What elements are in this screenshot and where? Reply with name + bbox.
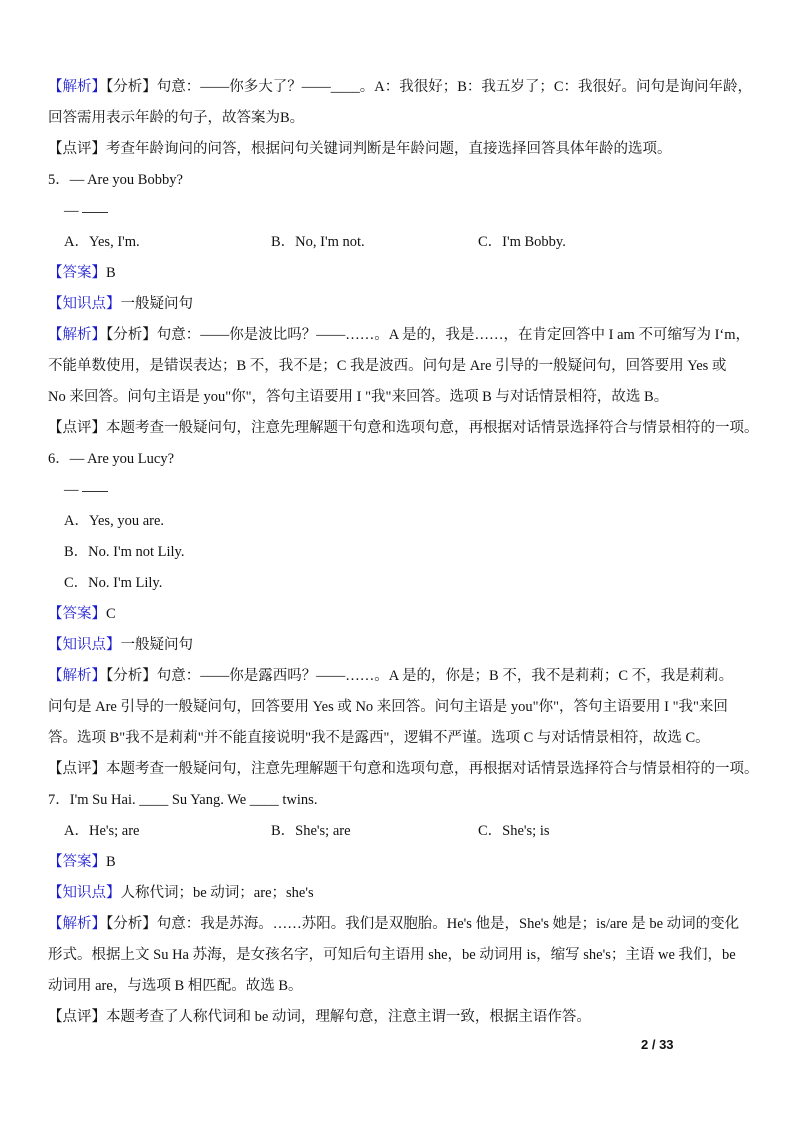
q5-question-text: — Are you Bobby? [70,172,183,188]
q5-question: 5．— Are you Bobby? [48,165,748,196]
analysis-label: 【解析】 [48,916,106,932]
comment-label: 【点评】 [48,420,106,436]
answer-blank [82,490,108,492]
q5-option-c: C．I'm Bobby. [478,227,685,258]
analysis-sub-label: 【分析】 [106,327,157,343]
answer-label: 【答案】 [48,265,106,281]
q7-question-text: I'm Su Hai. ____ Su Yang. We ____ twins. [70,792,318,808]
q5-option-a: A．Yes, I'm. [64,227,271,258]
q7-number: 7． [48,792,70,808]
q5-knowledge-value: 一般疑问句 [121,296,194,312]
analysis-sub-label: 【分析】 [106,668,157,684]
q7-knowledge: 【知识点】人称代词；be 动词；are；she's [48,878,748,909]
q5-reply-line: — [48,196,748,227]
analysis-sub-label: 【分析】 [106,79,157,95]
q6-question: 6．— Are you Lucy? [48,444,748,475]
analysis-label: 【解析】 [48,668,106,684]
comment-label: 【点评】 [48,141,106,157]
q6-analysis-line: 问句是 Are 引导的一般疑问句，回答要用 Yes 或 No 来回答。问句主语是… [48,692,748,723]
q6-knowledge: 【知识点】一般疑问句 [48,630,748,661]
analysis-label: 【解析】 [48,79,106,95]
q6-reply-line: — [48,475,748,506]
q7-analysis-text: 句意：我是苏海。……苏阳。我们是双胞胎。He's 他是，She's 她是；is/… [157,916,739,932]
document-page: 【解析】【分析】句意：——你多大了？——____。A：我很好；B：我五岁了；C：… [48,72,748,1033]
q7-comment: 【点评】本题考查了人称代词和 be 动词，理解句意，注意主谓一致，根据主语作答。 [48,1002,748,1033]
q6-answer-value: C [106,606,116,622]
q4-analysis-line: 回答需用表示年龄的句子，故答案为B。 [48,103,748,134]
q5-analysis-line: 不能单数使用，是错误表达；B 不，我不是；C 我是波西。问句是 Are 引导的一… [48,351,748,382]
q5-answer: 【答案】B [48,258,748,289]
knowledge-label: 【知识点】 [48,637,121,653]
q7-comment-text: 本题考查了人称代词和 be 动词，理解句意，注意主谓一致，根据主语作答。 [106,1009,591,1025]
q6-answer: 【答案】C [48,599,748,630]
answer-label: 【答案】 [48,854,106,870]
q7-question: 7．I'm Su Hai. ____ Su Yang. We ____ twin… [48,785,748,816]
q7-answer-value: B [106,854,116,870]
q5-answer-value: B [106,265,116,281]
q6-analysis-line: 【解析】【分析】句意：——你是露西吗？——……。A 是的，你是；B 不，我不是莉… [48,661,748,692]
page-indicator: 2 / 33 [641,1037,674,1052]
q5-number: 5． [48,172,70,188]
q7-analysis-line: 形式。根据上文 Su Ha 苏海，是女孩名字，可知后句主语用 she，be 动词… [48,940,748,971]
q7-options: A．He's; are B．She's; are C．She's; is [48,816,748,847]
q4-comment-text: 考查年龄询问的问答，根据问句关键词判断是年龄问题，直接选择回答具体年龄的选项。 [106,141,672,157]
answer-label: 【答案】 [48,606,106,622]
q6-reply-dash: — [64,482,79,498]
q7-option-b: B．She's; are [271,816,478,847]
q6-comment-text: 本题考查一般疑问句，注意先理解题干句意和选项句意，再根据对话情景选择符合与情景相… [106,761,759,777]
q6-number: 6． [48,451,70,467]
q5-knowledge: 【知识点】一般疑问句 [48,289,748,320]
q7-analysis-line: 动词用 are，与选项 B 相匹配。故选 B。 [48,971,748,1002]
q5-options: A．Yes, I'm. B．No, I'm not. C．I'm Bobby. [48,227,748,258]
q7-knowledge-value: 人称代词；be 动词；are；she's [121,885,314,901]
q6-analysis-line: 答。选项 B"我不是莉莉"并不能直接说明"我不是露西"，逻辑不严谨。选项 C 与… [48,723,748,754]
analysis-sub-label: 【分析】 [106,916,157,932]
q6-option-c: C．No. I'm Lily. [48,568,748,599]
q6-option-a: A．Yes, you are. [48,506,748,537]
q5-comment: 【点评】本题考查一般疑问句，注意先理解题干句意和选项句意，再根据对话情景选择符合… [48,413,748,444]
q5-analysis-line: 【解析】【分析】句意：——你是波比吗？——……。A 是的，我是……，在肯定回答中… [48,320,748,351]
q5-analysis-line: No 来回答。问句主语是 you"你"，答句主语要用 I "我"来回答。选项 B… [48,382,748,413]
q7-answer: 【答案】B [48,847,748,878]
q6-question-text: — Are you Lucy? [70,451,174,467]
q5-analysis-text: 句意：——你是波比吗？——……。A 是的，我是……，在肯定回答中 I am 不可… [157,327,750,343]
answer-blank [82,211,108,213]
knowledge-label: 【知识点】 [48,296,121,312]
q5-comment-text: 本题考查一般疑问句，注意先理解题干句意和选项句意，再根据对话情景选择符合与情景相… [106,420,759,436]
q6-comment: 【点评】本题考查一般疑问句，注意先理解题干句意和选项句意，再根据对话情景选择符合… [48,754,748,785]
q7-option-c: C．She's; is [478,816,685,847]
q4-analysis-text: 句意：——你多大了？——____。A：我很好；B：我五岁了；C：我很好。问句是询… [157,79,752,95]
knowledge-label: 【知识点】 [48,885,121,901]
comment-label: 【点评】 [48,761,106,777]
q6-option-b: B．No. I'm not Lily. [48,537,748,568]
q4-analysis-line: 【解析】【分析】句意：——你多大了？——____。A：我很好；B：我五岁了；C：… [48,72,748,103]
q6-analysis-text: 句意：——你是露西吗？——……。A 是的，你是；B 不，我不是莉莉；C 不，我是… [157,668,733,684]
q5-reply-dash: — [64,203,79,219]
analysis-label: 【解析】 [48,327,106,343]
q5-option-b: B．No, I'm not. [271,227,478,258]
q6-knowledge-value: 一般疑问句 [121,637,194,653]
q7-option-a: A．He's; are [64,816,271,847]
comment-label: 【点评】 [48,1009,106,1025]
q4-comment: 【点评】考查年龄询问的问答，根据问句关键词判断是年龄问题，直接选择回答具体年龄的… [48,134,748,165]
q7-analysis-line: 【解析】【分析】句意：我是苏海。……苏阳。我们是双胞胎。He's 他是，She'… [48,909,748,940]
